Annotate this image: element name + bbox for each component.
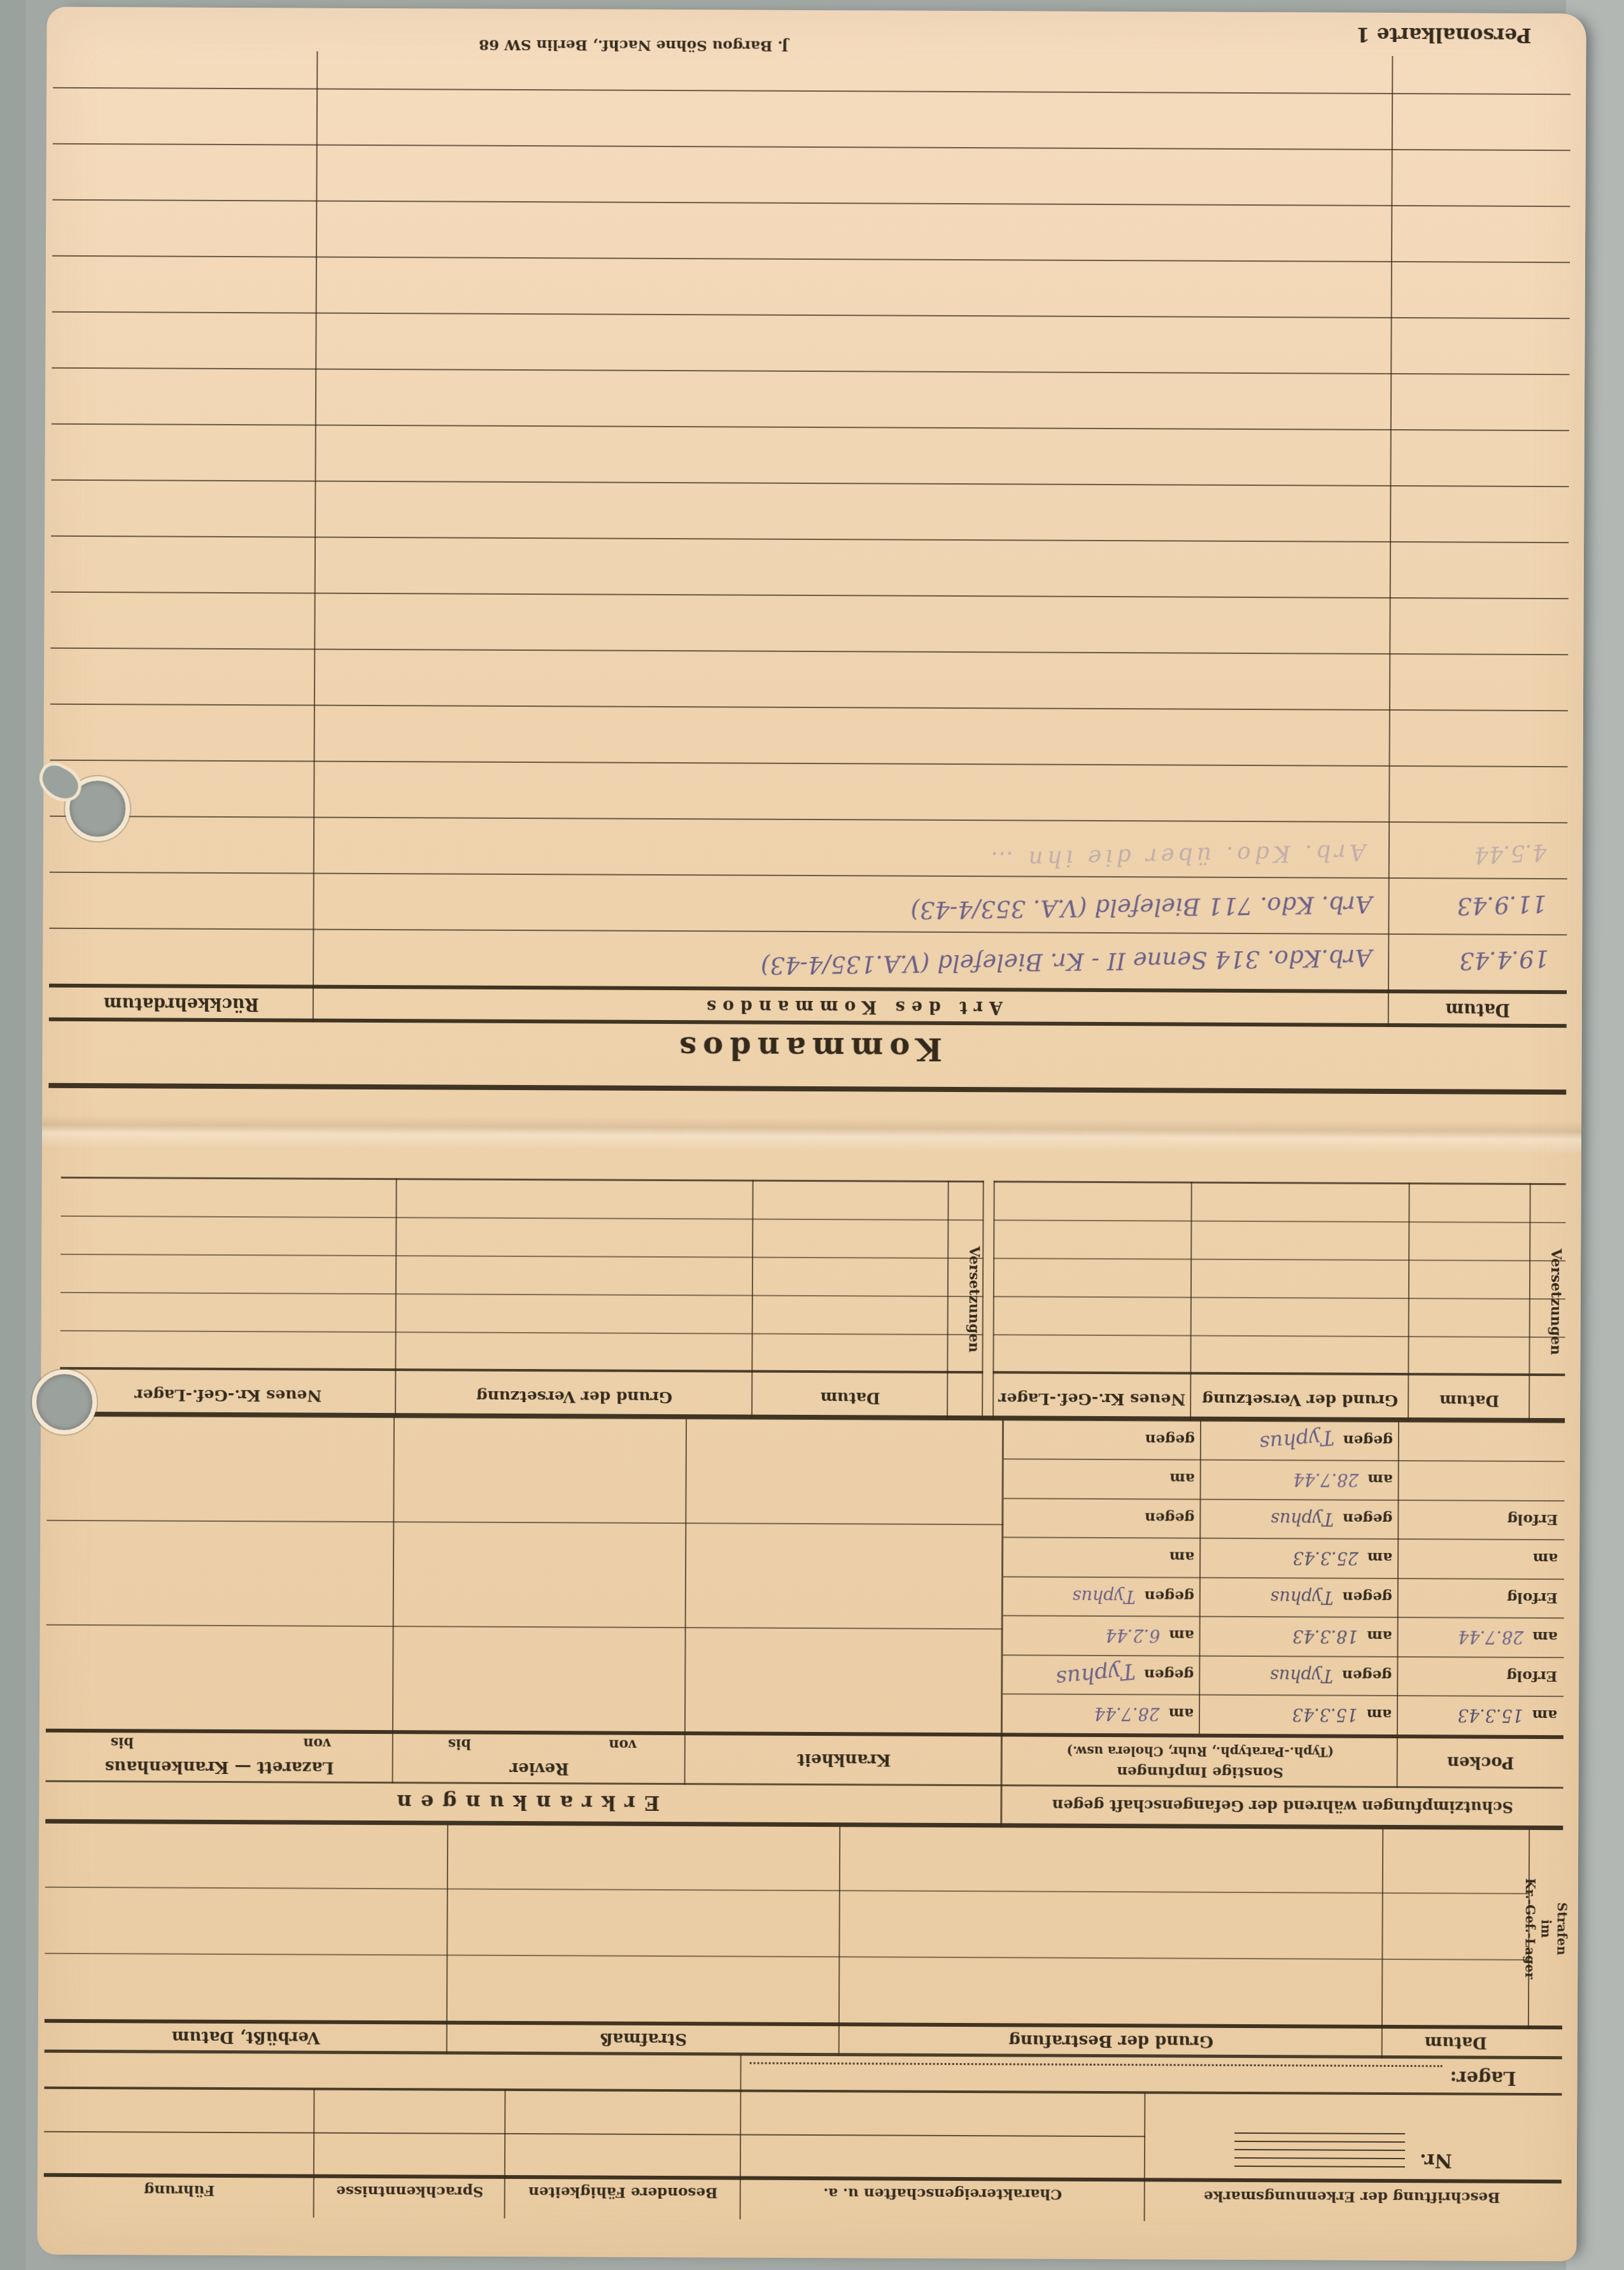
am-label: am [1169, 1549, 1194, 1566]
erkrankungen-title: Erkrankungen [45, 1789, 1002, 1817]
gegen-label: gegen [1342, 1667, 1392, 1684]
impf-hw: 18.3.43 [1292, 1626, 1358, 1646]
am-label: am [1367, 1628, 1392, 1645]
ver-r-datum: Datum [752, 1389, 948, 1408]
strip-row-line [44, 2131, 1145, 2138]
impf-hw: Typhus [1259, 1426, 1335, 1456]
scan-background: Beschriftung der Erkennungsmarke Nr. Cha… [0, 0, 1624, 2270]
impf-hw: Typhus [1072, 1586, 1135, 1606]
gegen-label: gegen [1343, 1510, 1392, 1528]
strip-divider-4 [313, 2089, 315, 2218]
gegen-label: gegen [1145, 1431, 1195, 1449]
gegen-label: gegen [1145, 1510, 1194, 1527]
ver-l-neues: Neues Kr.-Gef.-Lager [992, 1389, 1191, 1408]
kommandos-title: Kommandos [48, 1027, 1566, 1069]
erkrankungen-rows-lines [46, 1416, 1004, 1733]
kdo-col-rueckkehr: Rückkehrdatum [49, 993, 314, 1014]
printer-imprint: J. Bargou Söhne Nachf., Berlin SW 68 [479, 36, 788, 55]
strip-bottom-rule [44, 2087, 1562, 2096]
revier-von: von [609, 1736, 637, 1753]
impf-hw: 28.7.44 [1458, 1627, 1523, 1647]
impf-hw: 6.2.44 [1105, 1626, 1160, 1645]
erkennungsmarke-title: Beschriftung der Erkennungsmarke [1147, 2187, 1558, 2206]
am-label: am [1169, 1627, 1194, 1644]
gegen-label: gegen [1343, 1589, 1392, 1606]
am-label: am [1367, 1706, 1392, 1723]
erfolg-label: Erfolg [1507, 1668, 1558, 1685]
personalkarte-card: Beschriftung der Erkennungsmarke Nr. Cha… [37, 7, 1586, 2262]
impf-hw: 15.3.43 [1458, 1705, 1523, 1725]
impf-r8-sonst-b: gegen [1008, 1421, 1195, 1458]
col-besondere-faehigkeiten: Besondere Fähigkeiten [507, 2183, 740, 2202]
strafen-vlabel-line1: Strafen [1553, 1833, 1570, 2024]
impf-r5-sonst-a: am 25.3.43 [1205, 1539, 1392, 1577]
am-label: am [1367, 1549, 1392, 1566]
revier-header: Revier [393, 1758, 686, 1778]
impf-r2-sonst-a: gegen Typhus [1204, 1657, 1392, 1694]
am-label: am [1367, 1471, 1392, 1488]
impf-r2-pocken: Erfolg [1401, 1657, 1557, 1695]
kdo-entry3-datum: 4.5.44 [1474, 839, 1548, 868]
impf-r6-sonst-a: gegen Typhus [1205, 1500, 1392, 1538]
ver-l-rows [992, 1182, 1565, 1375]
gegen-label: gegen [1145, 1588, 1194, 1605]
impf-r7-sonst-a: am 28.7.44 [1206, 1461, 1393, 1498]
sonstige-header-line2: (Typh.-Paratyph., Ruhr, Cholera usw.) [1003, 1743, 1398, 1760]
kdo-col-datum: Datum [1389, 999, 1567, 1019]
impf-r2-sonst-b: gegen Typhus [1006, 1656, 1194, 1693]
strip-divider-1 [1144, 2092, 1146, 2221]
lazarett-bis: bis [111, 1734, 134, 1750]
lazarett-header: Lazarett — Krankenhaus [46, 1757, 393, 1777]
lager-label: Lager: [1450, 2067, 1516, 2089]
ver-r-grund: Grund der Versetzung [396, 1387, 752, 1407]
lazarett-von: von [303, 1735, 331, 1752]
impf-r4-sonst-b: gegen Typhus [1007, 1577, 1194, 1615]
impf-r7-sonst-b: am [1008, 1459, 1195, 1497]
pocken-header: Pocken [1398, 1752, 1564, 1772]
strafen-col-strafmass: Strafmaß [448, 2029, 840, 2050]
col-charaktereigenschaften: Charaktereigenschaften u. a. [742, 2185, 1144, 2204]
ver-l-datum: Datum [1409, 1391, 1530, 1410]
impf-hw: 15.3.43 [1292, 1705, 1358, 1724]
am-label: am [1169, 1470, 1194, 1487]
impf-r6-sonst-b: gegen [1007, 1499, 1194, 1536]
impf-hw: Typhus [1271, 1509, 1334, 1529]
strafen-vlabel-line2: im [1537, 1833, 1554, 2024]
kdo-entry2-datum: 11.9.43 [1457, 890, 1547, 920]
ver-r-neues: Neues Kr.-Gef.-Lager [60, 1386, 396, 1405]
krankheit-header: Krankheit [686, 1749, 1003, 1770]
punch-hole-top [32, 1370, 97, 1435]
nr-label: Nr. [1420, 2149, 1452, 2171]
impf-r5-pocken: am [1401, 1540, 1558, 1577]
impf-r3-pocken: am 28.7.44 [1401, 1618, 1557, 1656]
impf-r8-sonst-a: gegen Typhus [1206, 1422, 1393, 1459]
sonstige-header-line1: Sonstige Impfungen [1003, 1763, 1398, 1782]
am-label: am [1533, 1550, 1558, 1567]
impf-hw: Typhus [1270, 1587, 1333, 1607]
impf-r4-sonst-a: gegen Typhus [1205, 1578, 1392, 1616]
strafen-col-grund: Grund der Bestrafung [840, 2030, 1383, 2052]
impf-r4-pocken: Erfolg [1401, 1579, 1558, 1617]
gegen-label: gegen [1144, 1666, 1194, 1684]
erkennungsmarke-number-lines [1234, 2130, 1405, 2167]
impf-hw: 28.7.44 [1293, 1470, 1359, 1489]
impf-r1-sonst-b: am 28.7.44 [1006, 1694, 1194, 1732]
impf-r3-sonst-a: am 18.3.43 [1204, 1617, 1392, 1655]
lager-divider [740, 2055, 741, 2091]
impf-hw: Typhus [1055, 1658, 1136, 1691]
am-label: am [1169, 1705, 1194, 1722]
am-label: am [1532, 1628, 1557, 1645]
impf-hw: Typhus [1270, 1666, 1333, 1685]
strafen-rows [45, 1824, 1530, 2025]
strafen-col-verbuesst: Verbüßt, Datum [45, 2027, 448, 2048]
kdo-entry1-datum: 19.4.43 [1458, 945, 1549, 975]
ver-l-grund: Grund der Versetzung [1191, 1391, 1409, 1410]
am-label: am [1532, 1706, 1557, 1724]
card-content-rotated-180: Beschriftung der Erkennungsmarke Nr. Cha… [37, 7, 1586, 2262]
impf-r3-sonst-b: am 6.2.44 [1006, 1616, 1194, 1654]
impf-r1-pocken: am 15.3.43 [1401, 1696, 1557, 1734]
impf-r6-pocken: Erfolg [1401, 1501, 1558, 1538]
impf-hw: 25.3.43 [1293, 1548, 1359, 1568]
kommandos-section-rule [48, 1083, 1566, 1095]
kommandos-header-top-rule [49, 1018, 1567, 1028]
lager-dotted-line [749, 2062, 1442, 2088]
strafen-col-datum: Datum [1383, 2032, 1529, 2052]
impf-r5-sonst-b: am [1007, 1538, 1194, 1575]
col-fuehrung: Führung [46, 2181, 313, 2200]
ver-r-rows [60, 1179, 984, 1372]
erfolg-label: Erfolg [1507, 1511, 1558, 1528]
schutzimpfungen-title: Schutzimpfungen während der Gefangenscha… [1002, 1796, 1563, 1817]
impf-header-top-line [46, 1780, 1564, 1789]
strip-divider-3 [504, 2090, 506, 2218]
erfolg-label: Erfolg [1507, 1589, 1558, 1607]
col-sprachkenntnisse: Sprachkenntnisse [316, 2183, 504, 2201]
impf-r1-sonst-a: am 15.3.43 [1204, 1696, 1392, 1733]
impf-hw: 28.7.44 [1094, 1703, 1160, 1723]
gegen-label: gegen [1343, 1432, 1393, 1449]
kdo-col-art: Art des Kommandos [314, 995, 1389, 1019]
fold-crease [42, 1115, 1581, 1155]
revier-bis: bis [448, 1736, 471, 1752]
form-id: Personalkarte 1 [1356, 23, 1532, 46]
